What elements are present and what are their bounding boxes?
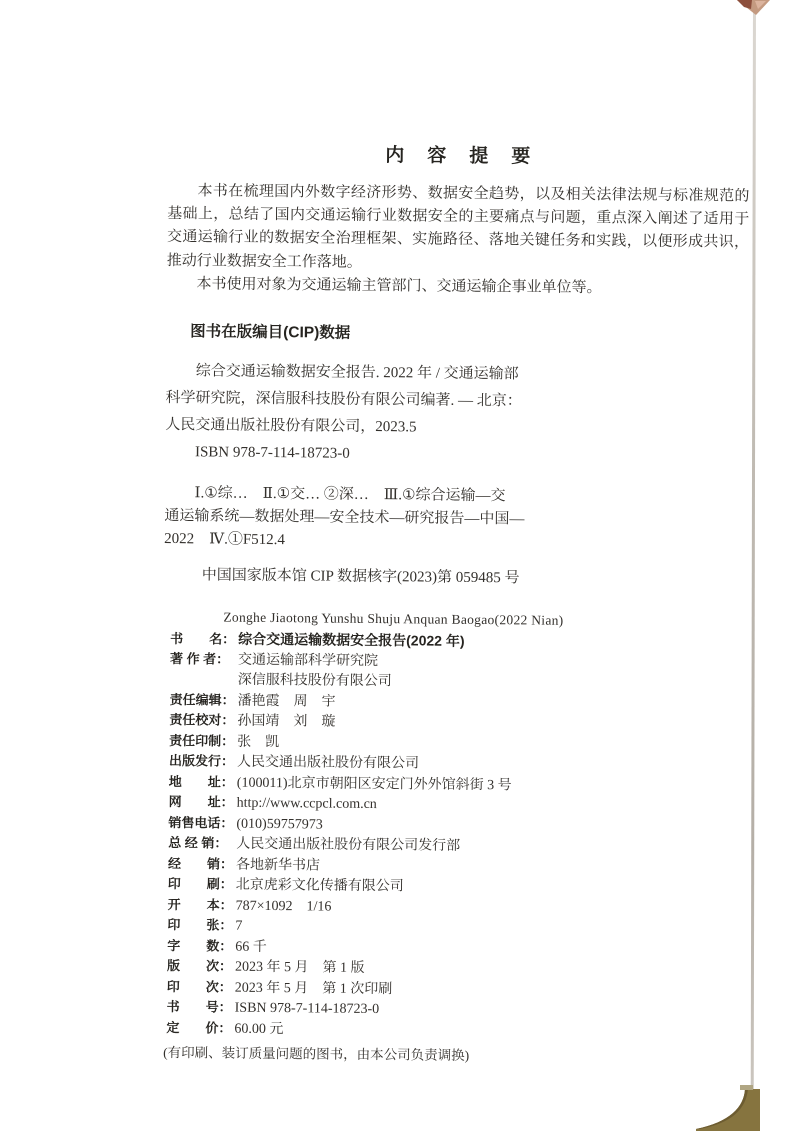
cip-isbn: ISBN 978-7-114-18723-0 <box>165 439 747 472</box>
row-label: 经 销： <box>168 854 236 874</box>
row-value: http://www.ccpcl.com.cn <box>237 796 377 812</box>
row-label: 总 经 销： <box>168 833 236 853</box>
row-value: 孙国靖 刘 璇 <box>237 714 335 730</box>
row-label: 网 址： <box>169 792 237 812</box>
content-summary-title: 内 容 提 要 <box>168 138 750 171</box>
row-label: 定 价： <box>166 1018 234 1038</box>
row-value: 60.00 元 <box>234 1021 283 1036</box>
row-value: (100011)北京市朝阳区安定门外外馆斜街 3 号 <box>237 775 512 793</box>
row-value: 各地新华书店 <box>236 857 320 873</box>
bottom-right-page-corner <box>696 1085 760 1131</box>
row-value: 787×1092 1/16 <box>236 898 332 914</box>
cip-classification-block: Ⅰ.①综… Ⅱ.①交… ②深… Ⅲ.①综合运输—交 通运输系统—数据处理—安全技… <box>164 482 747 557</box>
row-value: 66 千 <box>235 939 267 954</box>
row-label: 地 址： <box>169 772 237 792</box>
page-edge-line <box>751 0 756 1131</box>
row-value: 7 <box>235 919 242 934</box>
scanned-book-colophon-page: { "summary": { "title": "内 容 提 要", "para… <box>0 0 800 1131</box>
row-label: 销售电话： <box>168 813 236 833</box>
row-value: 综合交通运输数据安全报告(2022 年) <box>238 631 465 649</box>
row-label: 印 刷： <box>168 874 236 894</box>
cip-section-heading: 图书在版编目(CIP)数据 <box>190 319 748 346</box>
row-label: 责任校对： <box>169 710 237 730</box>
row-value: 深信服科技股份有限公司 <box>238 673 392 689</box>
row-label: 著 作 者： <box>170 649 238 669</box>
row-value: (010)59757973 <box>236 816 322 832</box>
row-value: 北京虎彩文化传播有限公司 <box>236 878 404 895</box>
top-right-page-corner <box>727 0 773 17</box>
row-label: 责任印制： <box>169 731 237 751</box>
row-label: 责任编辑： <box>170 690 238 710</box>
row-label: 版 次： <box>167 956 235 976</box>
book-title-pinyin: Zonghe Jiaotong Yunshu Shuju Anquan Baog… <box>223 610 745 631</box>
row-value: 交通运输部科学研究院 <box>238 652 378 668</box>
row-value: 人民交通出版社股份有限公司 <box>237 755 419 772</box>
quality-exchange-note: (有印刷、装订质量问题的图书，由本公司负责调换) <box>163 1041 741 1067</box>
colophon-row-price: 定 价：60.00 元 <box>166 1018 741 1044</box>
cip-registry-number: 中国国家版本馆 CIP 数据核字(2023)第 059485 号 <box>202 563 746 589</box>
row-value: 人民交通出版社股份有限公司发行部 <box>236 837 460 854</box>
row-value: 潘艳霞 周 宇 <box>238 693 336 709</box>
colophon-list: 书 名：综合交通运输数据安全报告(2022 年) 著 作 者：交通运输部科学研究… <box>159 629 745 1044</box>
row-label: 书 号： <box>167 997 235 1017</box>
summary-paragraph-1: 本书在梳理国内外数字经济形势、数据安全趋势，以及相关法律法规与标准规范的基础上，… <box>167 180 750 278</box>
row-label: 印 次： <box>167 977 235 997</box>
page-content: 内 容 提 要 本书在梳理国内外数字经济形势、数据安全趋势，以及相关法律法规与标… <box>159 138 750 1067</box>
row-value: 张 凯 <box>237 734 279 749</box>
cip-classification-line: 2022 Ⅳ.①F512.4 <box>164 528 746 557</box>
row-label: 书 名： <box>170 629 238 649</box>
row-value: 2023 年 5 月 第 1 版 <box>235 960 365 976</box>
cip-record-block: 综合交通运输数据安全报告. 2022 年 / 交通运输部 科学研究院，深信服科技… <box>165 358 748 472</box>
row-label: 开 本： <box>168 895 236 915</box>
row-label <box>170 683 238 684</box>
row-label: 字 数： <box>167 936 235 956</box>
summary-paragraph-2: 本书使用对象为交通运输主管部门、交通运输企事业单位等。 <box>166 273 748 302</box>
row-label: 出版发行： <box>169 751 237 771</box>
row-value: ISBN 978-7-114-18723-0 <box>235 1001 380 1017</box>
row-value: 2023 年 5 月 第 1 次印刷 <box>235 980 393 997</box>
row-label: 印 张： <box>167 915 235 935</box>
